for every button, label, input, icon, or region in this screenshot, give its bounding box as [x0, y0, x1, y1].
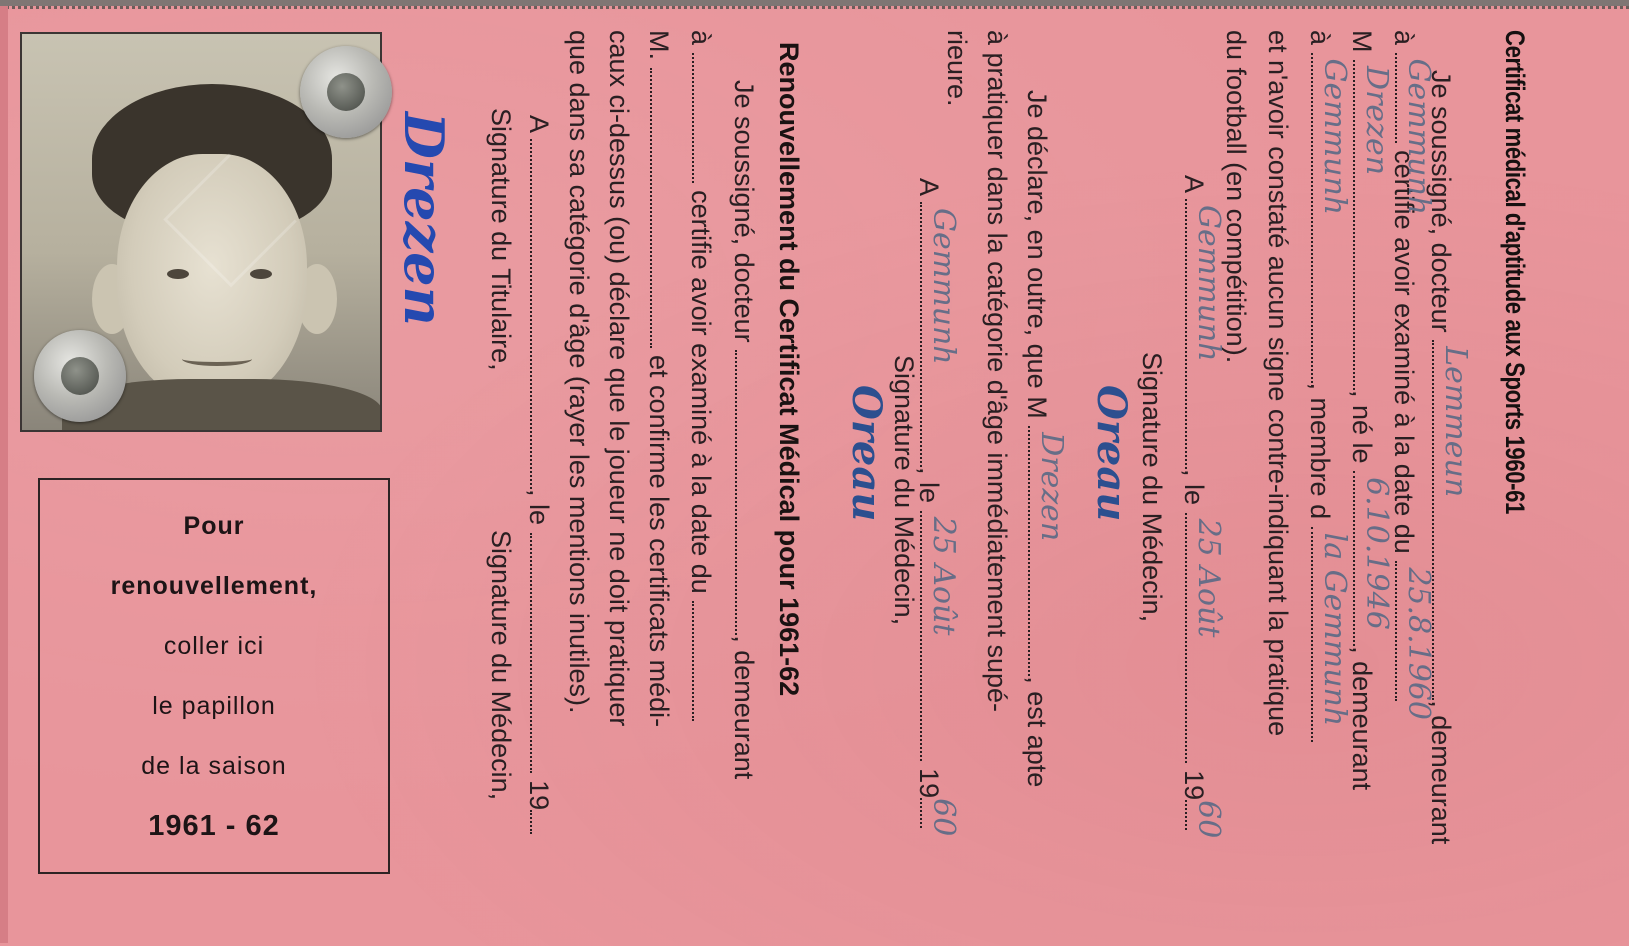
doctor-signature: Oreau — [843, 385, 890, 521]
cert-text: , membre d — [1305, 383, 1335, 520]
photo-mouth — [182, 352, 252, 366]
holder-signature: Drezen — [392, 112, 456, 326]
renewal-date-field[interactable] — [530, 533, 556, 773]
declaration-block: à pratiquer dans la catégorie d'âge immé… — [976, 30, 1018, 712]
stamp-box-line: renouvellement, — [111, 556, 318, 616]
renewal-text: M. — [644, 30, 674, 60]
photo-eye — [250, 269, 272, 279]
renewal-place-field[interactable] — [530, 139, 556, 489]
exam-date-field[interactable]: 25.8.1960 — [1395, 561, 1421, 701]
renewal-block: Signature du Médecin, — [480, 530, 522, 800]
player-city-field[interactable]: Gemmunh — [1311, 53, 1337, 383]
renewal-text: , demeurant — [729, 635, 759, 779]
handwritten-exam-date: 25.8.1960 — [1397, 567, 1439, 720]
stamp-box-line: de la saison — [141, 736, 286, 796]
renewal-line-3: M. et confirme les certificats médi- — [638, 30, 680, 727]
cert-line-4: à Gemmunh, membre d la Gemmunh — [1299, 30, 1341, 742]
handwritten-place: Gemmunh — [1187, 205, 1229, 362]
renewal-block: Je soussigné, docteur , demeurant — [723, 80, 765, 779]
renewal-line-4: caux ci-dessus (ou) déclare que le joueu… — [598, 30, 640, 726]
renewal-doctor-sig-label: Signature du Médecin, — [480, 530, 522, 800]
declaration-block: rieure. — [936, 30, 978, 107]
certificate-body: et n'avoir constaté aucun signe contre-i… — [1257, 30, 1299, 736]
handwritten-doctor-name: Lemmeun — [1434, 346, 1476, 497]
cert-text: , né le — [1347, 390, 1377, 464]
renewal-line-1: Je soussigné, docteur , demeurant — [723, 80, 765, 779]
certificate-title: Certificat médical d'aptitude aux Sports… — [1490, 30, 1540, 514]
sign-date-field[interactable]: 25 Août — [1185, 513, 1211, 763]
declaration-block: Je déclare, en outre, que M Drezen, est … — [1016, 90, 1058, 787]
renewal-exam-date-field[interactable] — [692, 601, 718, 721]
handwritten-sign-date: 25 Août — [1187, 519, 1229, 638]
cert-sig-label: Signature du Médecin, — [1131, 352, 1173, 622]
certificate-body: A Gemmunh, le 25 Août 1960 — [1173, 175, 1215, 830]
cert-line-5: et n'avoir constaté aucun signe contre-i… — [1257, 30, 1299, 736]
stamp-box-line: le papillon — [152, 676, 276, 736]
handwritten-year: 60 — [922, 798, 964, 836]
cert-text: M — [1347, 30, 1377, 53]
renewal-stamp-box: Pour renouvellement, coller ici le papil… — [38, 478, 390, 874]
renewal-block: A , le 19 — [518, 115, 560, 834]
renewal-line-5: que dans sa catégorie d'âge (rayer les m… — [558, 30, 600, 714]
cert-text: 19 — [1179, 770, 1209, 800]
sign-year-field[interactable]: 60 — [1185, 800, 1211, 830]
decl-year-field[interactable]: 60 — [920, 798, 946, 828]
decl-text: A — [914, 178, 944, 195]
doctor-city-field[interactable]: Gemmunh — [1395, 53, 1421, 143]
renewal-player-field[interactable] — [650, 68, 676, 348]
eyelet-rivet-icon — [34, 330, 126, 422]
place-field[interactable]: Gemmunh — [1185, 199, 1211, 469]
stamp-box-season: 1961 - 62 — [148, 796, 280, 856]
renewal-text: 19 — [524, 780, 554, 810]
decl-text: Je déclare, en outre, que M — [1022, 90, 1052, 419]
certificate-title-block: Certificat médical d'aptitude aux Sports… — [1490, 30, 1540, 620]
cert-text: à — [1389, 30, 1419, 45]
decl-text: 19 — [914, 768, 944, 798]
renewal-city-field[interactable] — [692, 53, 718, 183]
birth-date-field[interactable]: 6.10.1946 — [1353, 471, 1379, 646]
card-edge — [0, 6, 8, 943]
handwritten-year: 60 — [1187, 800, 1229, 838]
stamp-box-line: coller ici — [164, 616, 264, 676]
renewal-block: Signature du Titulaire, — [480, 108, 522, 371]
renewal-doctor-field[interactable] — [735, 350, 761, 635]
handwritten-city: Gemmunh — [1397, 59, 1439, 216]
renewal-year-field[interactable] — [530, 810, 556, 834]
handwritten-birth-date: 6.10.1946 — [1355, 477, 1397, 630]
club-field[interactable]: la Gemmunh — [1311, 527, 1337, 742]
cert-text: , demeurant — [1426, 700, 1456, 844]
decl-line-1: Je déclare, en outre, que M Drezen, est … — [1016, 90, 1058, 787]
renewal-block: caux ci-dessus (ou) déclare que le joueu… — [598, 30, 640, 726]
renewal-text: à — [686, 30, 716, 45]
handwritten-sign-date: 25 Août — [922, 517, 964, 636]
renewal-block: à certifie avoir examiné à la date du — [680, 30, 722, 721]
renewal-text: certifie avoir examiné à la date du — [686, 190, 716, 594]
decl-line-2: à pratiquer dans la catégorie d'âge immé… — [976, 30, 1018, 712]
renewal-text: , le — [524, 489, 554, 525]
cert-line-7: A Gemmunh, le 25 Août 1960 — [1173, 175, 1215, 830]
decl-line-3: rieure. — [936, 30, 978, 107]
cert-text: , le — [1179, 469, 1209, 505]
handwritten-city: Gemmunh — [1313, 59, 1355, 216]
renewal-block: que dans sa catégorie d'âge (rayer les m… — [558, 30, 600, 714]
renewal-text: et confirme les certificats médi- — [644, 355, 674, 727]
cert-text: A — [1179, 175, 1209, 192]
decl-player-field[interactable]: Drezen — [1028, 426, 1054, 676]
renewal-text: A — [524, 115, 554, 132]
handwritten-player-name: Drezen — [1030, 432, 1072, 541]
handwritten-place: Gemmunh — [922, 208, 964, 365]
doctor-signature: Oreau — [1088, 385, 1135, 521]
renewal-text: Je soussigné, docteur — [729, 80, 759, 343]
holder-sig-label: Signature du Titulaire, — [480, 108, 522, 371]
stamp-box-line: Pour — [184, 496, 245, 556]
renewal-line-2: à certifie avoir examiné à la date du — [680, 30, 722, 721]
handwritten-club: la Gemmunh — [1313, 533, 1355, 727]
handwritten-player-name: Drezen — [1355, 66, 1397, 175]
renewal-block: M. et confirme les certificats médi- — [638, 30, 680, 727]
cert-text: à — [1305, 30, 1335, 45]
renewal-block: Renouvellement du Certificat Médical pou… — [768, 42, 810, 696]
renewal-title: Renouvellement du Certificat Médical pou… — [768, 42, 810, 696]
player-name-field[interactable]: Drezen — [1353, 60, 1379, 390]
certificate-body: à Gemmunh, membre d la Gemmunh — [1299, 30, 1341, 742]
eyelet-rivet-icon — [300, 46, 392, 138]
renewal-line-6: A , le 19 — [518, 115, 560, 834]
photo-eye — [167, 269, 189, 279]
decl-text: , est apte — [1022, 676, 1052, 787]
certificate-body: Signature du Médecin, — [1131, 352, 1173, 622]
